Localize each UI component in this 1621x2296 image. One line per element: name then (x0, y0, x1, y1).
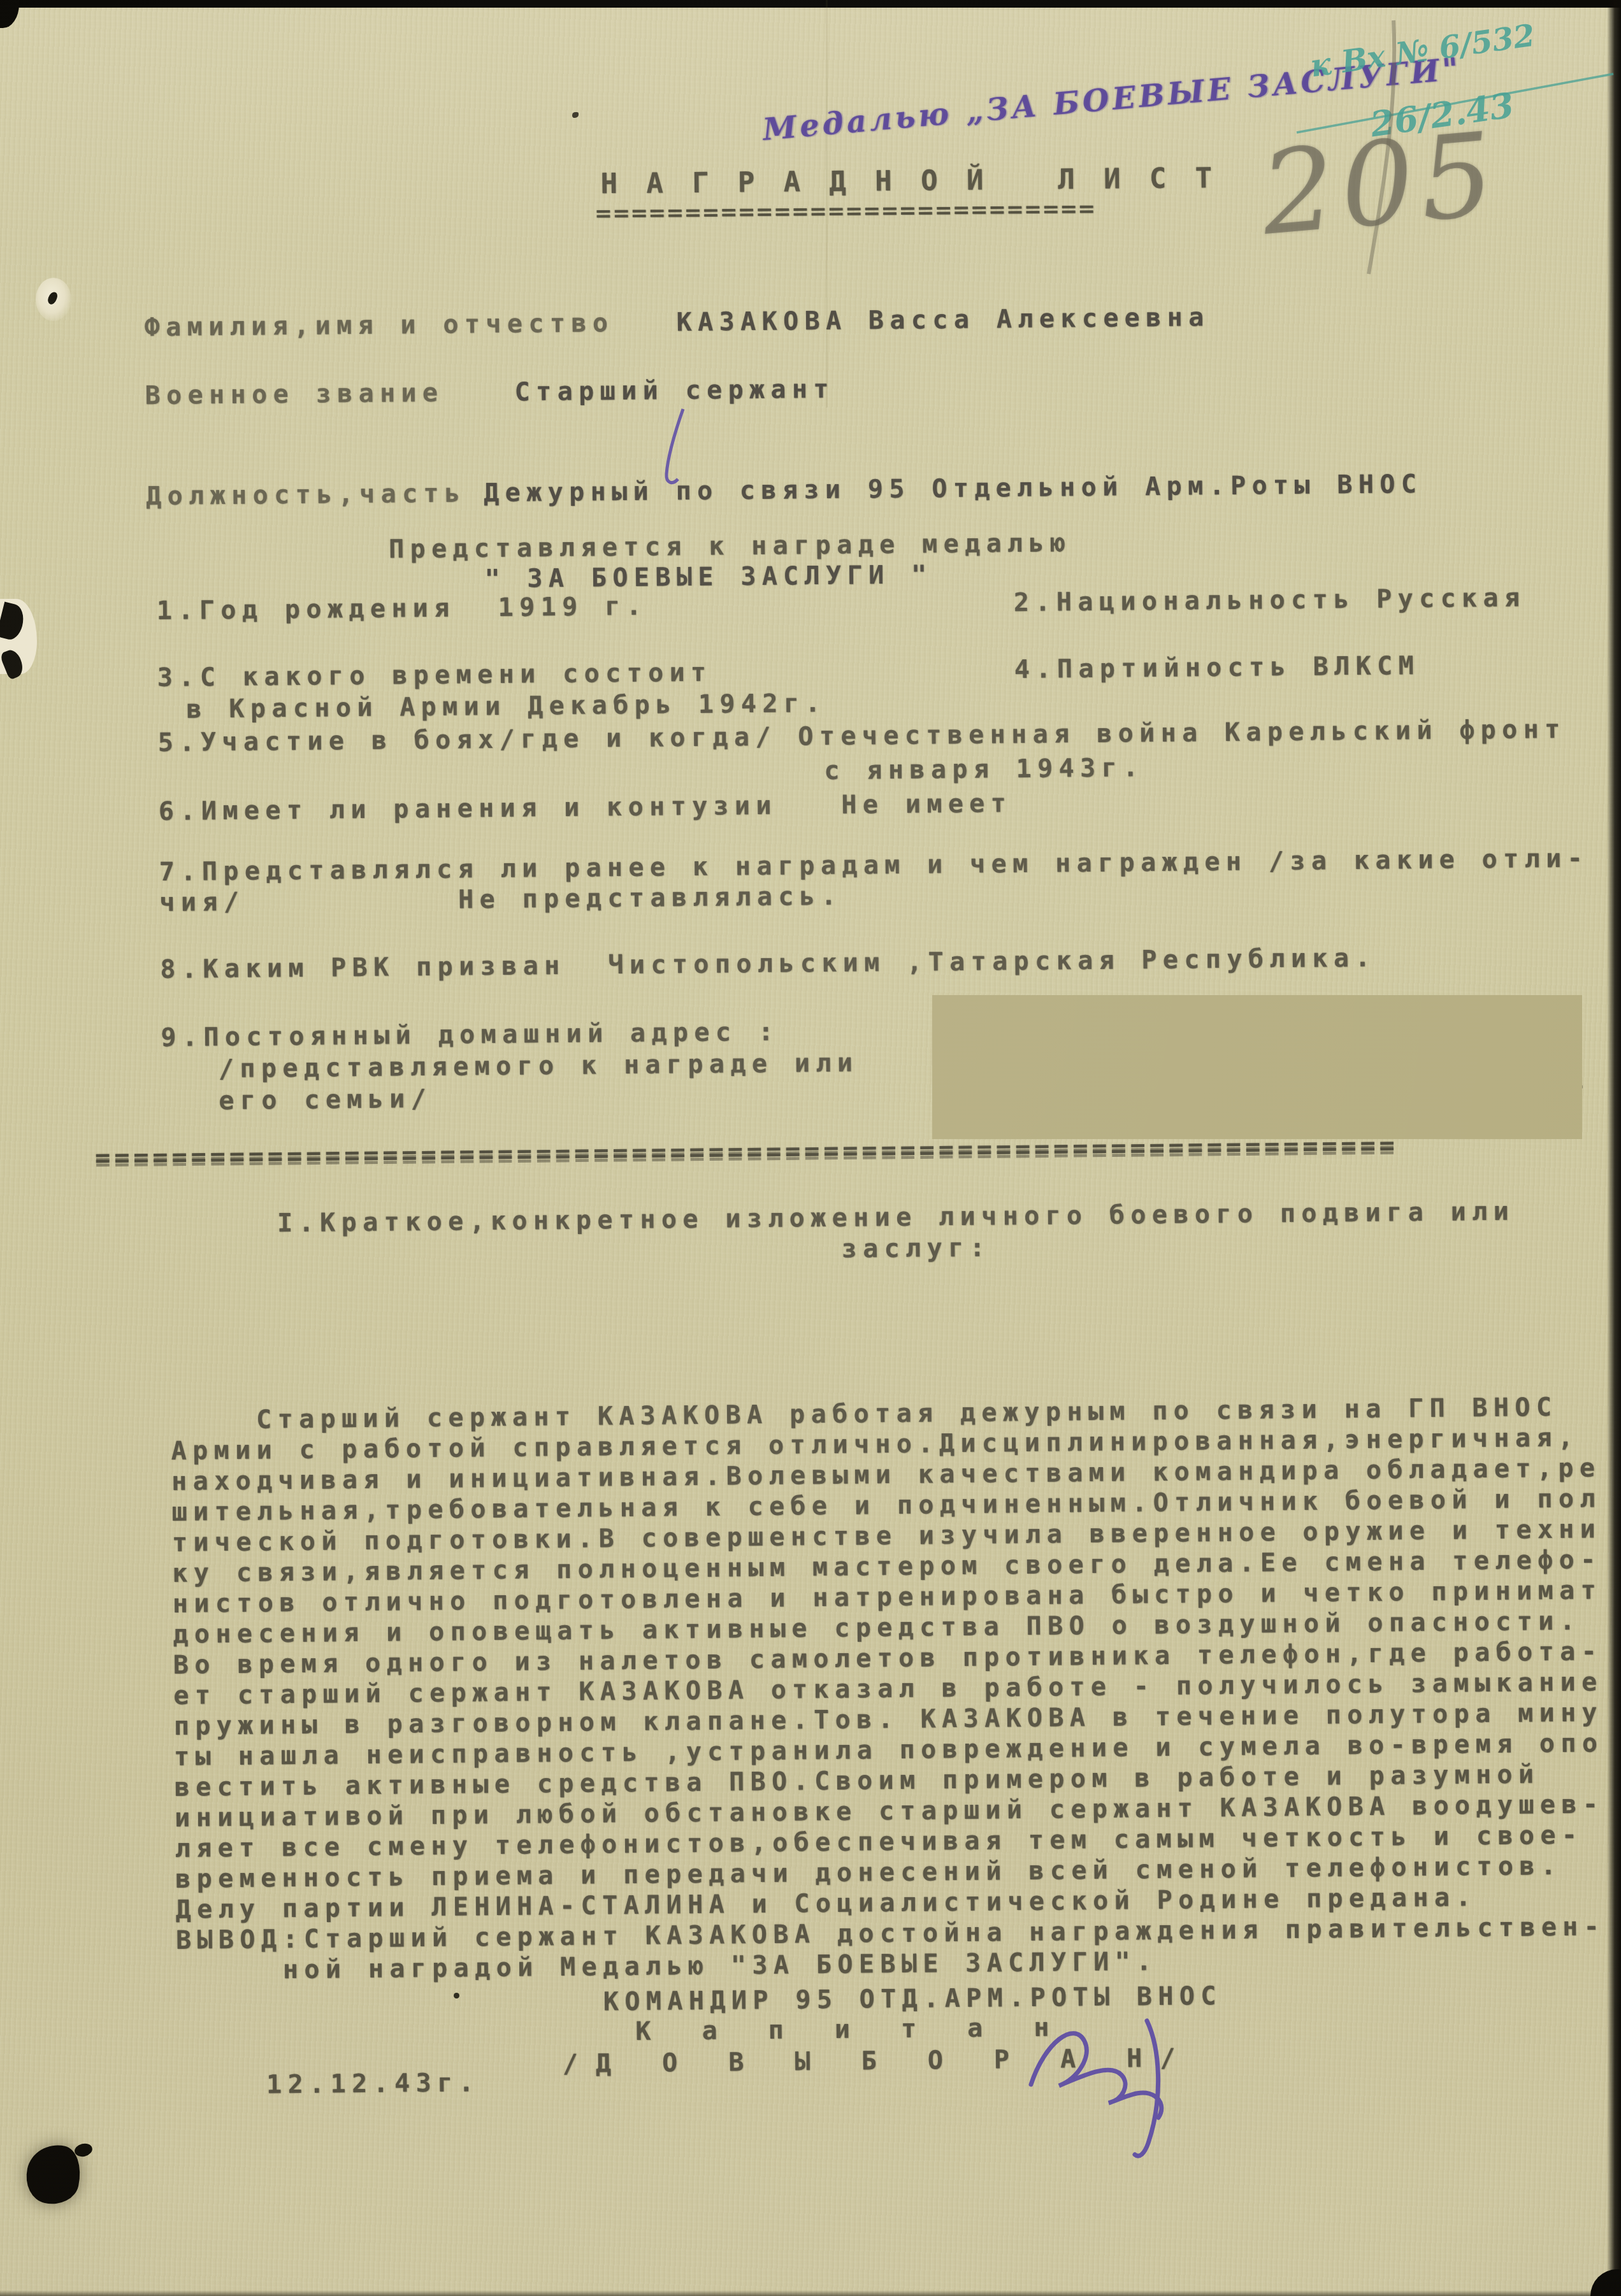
presented-for-line: Представляется к награде медалью (389, 527, 1072, 564)
field-prior-awards-1: 7.Представлялся ли ранее к наградам и че… (159, 843, 1589, 888)
field-service-since-2: в Красной Армии Декабрь 1942г. (186, 688, 826, 725)
field-battles-2: с января 1943г. (824, 752, 1144, 786)
field-rank-value: Старший сержант (514, 374, 835, 408)
field-party: 4.Партийность ВЛКСМ (1014, 650, 1420, 685)
field-address-3: его семьи/ (219, 1084, 432, 1116)
signoff-rank: К а п и т а н (635, 2012, 1067, 2046)
field-wounds: 6.Имеет ли ранения и контузии Не имеет (159, 788, 1012, 827)
field-nationality: 2.Национальность Русская (1014, 582, 1526, 618)
summary-heading-2: заслуг: (841, 1233, 991, 1265)
signoff-date: 12.12.43г. (266, 2067, 480, 2100)
field-address-1: 9.Постоянный домашний адрес : (161, 1017, 779, 1053)
summary-heading-1: I.Краткое,конкретное изложение личного б… (277, 1196, 1515, 1239)
field-name-value: КАЗАКОВА Васса Алексеевна (676, 302, 1209, 338)
field-position-label: Должность,часть (146, 478, 466, 512)
signoff-name: /Д О В Ы Б О Р А Н/ (563, 2043, 1193, 2079)
field-drafted-by: 8.Каким РВК призван Чистопольским ,Татар… (160, 943, 1376, 985)
field-birth-year: 1.Год рождения 1919 г. (157, 591, 648, 626)
section-separator: ========================================… (95, 1130, 1399, 1173)
typewritten-layer: Н А Г Р А Д Н О Й Л И С Т ==============… (0, 0, 1621, 2296)
presented-medal-name: " ЗА БОЕВЫЕ ЗАСЛУГИ " (484, 559, 933, 594)
field-prior-awards-2: чия/ Не представлялась. (159, 881, 842, 918)
document-title: Н А Г Р А Д Н О Й Л И С Т (600, 163, 1218, 199)
field-service-since-1: 3.С какого времени состоит (157, 657, 712, 693)
award-sheet-document: Медалью „ЗА БОЕВЫЕ ЗАСЛУГИ" к Вх № 6/532… (0, 0, 1621, 2296)
field-rank-label: Военное звание (145, 378, 443, 411)
signoff-commander: КОМАНДИР 95 ОТД.АРМ.РОТЫ ВНОС (603, 1981, 1222, 2017)
summary-body: Старший сержант КАЗАКОВА работая дежурны… (170, 1300, 1606, 1986)
field-position-value: Дежурный по связи 95 Отдельной Арм.Роты … (484, 469, 1423, 508)
field-name-label: Фамилия,имя и отчество (144, 308, 614, 343)
title-underline: ============================ (596, 196, 1097, 227)
field-address-2: /представляемого к награде или (219, 1048, 859, 1085)
